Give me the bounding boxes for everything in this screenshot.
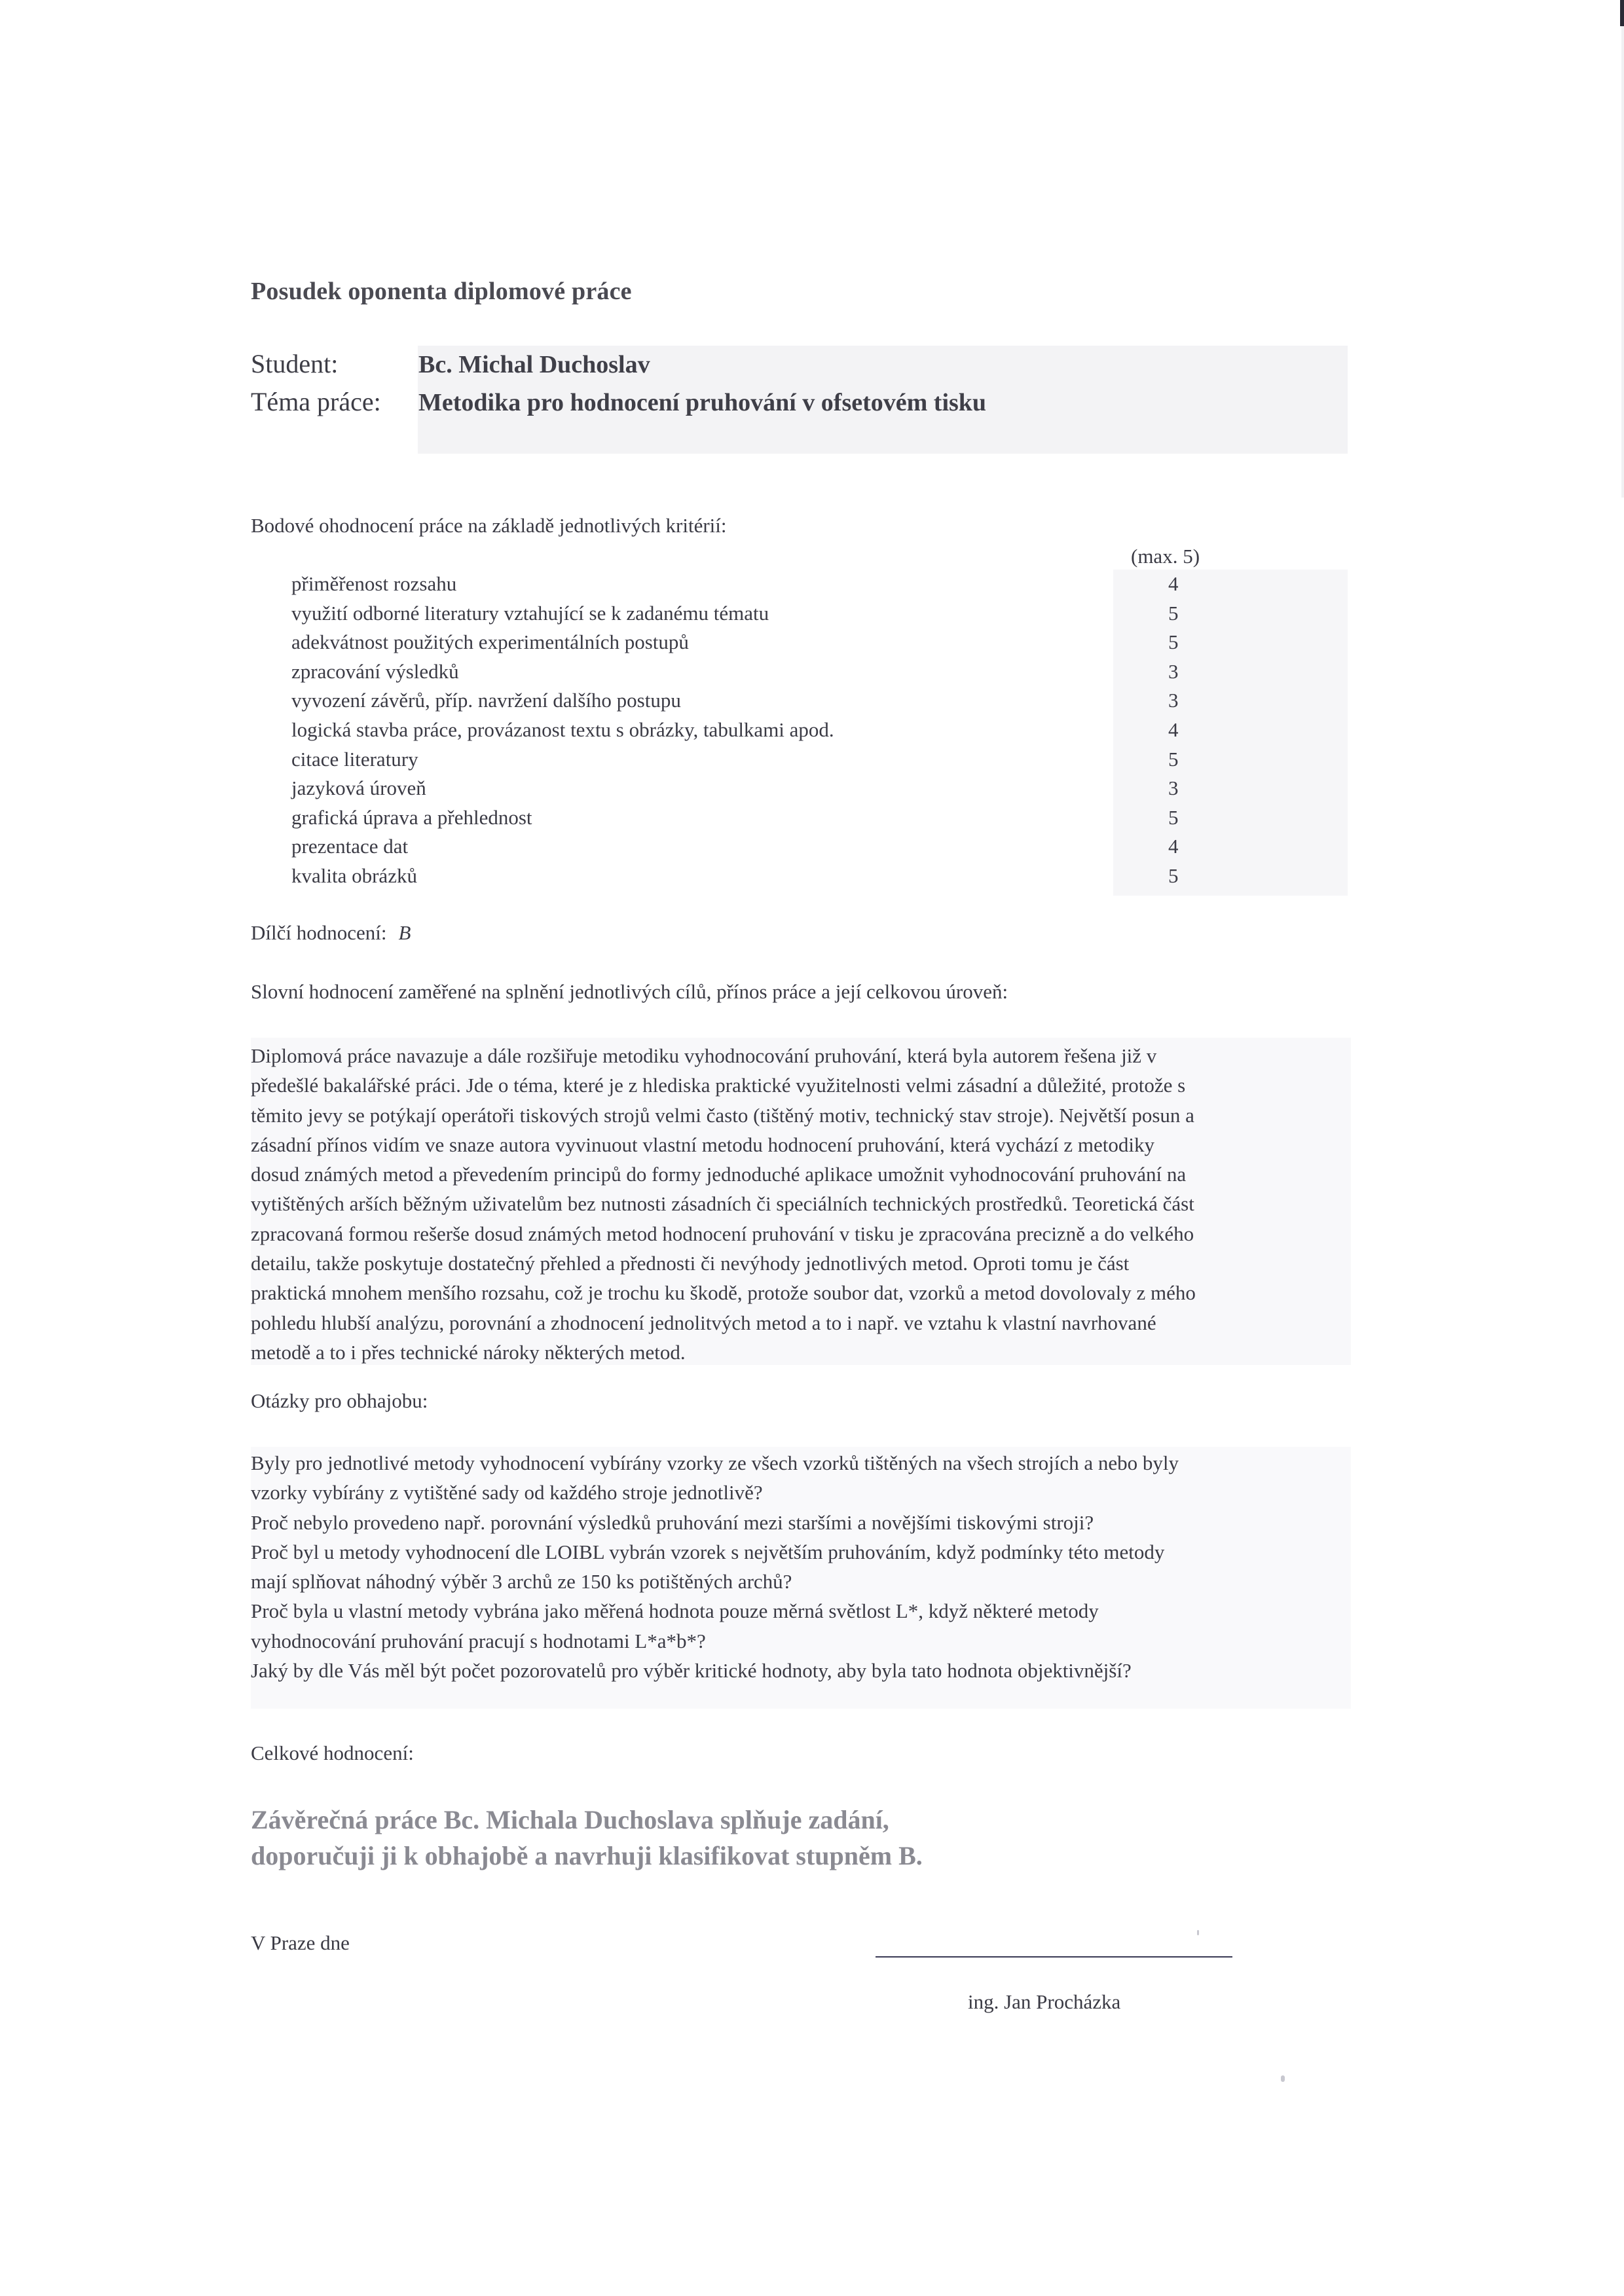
overall-evaluation-text: Závěrečná práce Bc. Michala Duchoslava s… [251, 1802, 923, 1874]
overall-label: Celkové hodnocení: [251, 1741, 414, 1765]
partial-grade: B [398, 921, 411, 944]
question-line: Jaký by dle Vás měl být počet pozorovate… [251, 1656, 1351, 1685]
criterion-score: 4 [1168, 835, 1179, 858]
criterion-row: využití odborné literatury vztahující se… [291, 602, 1208, 631]
text-line: Diplomová práce navazuje a dále rozšiřuj… [251, 1041, 1351, 1070]
question-line: mají splňovat náhodný výběr 3 archů ze 1… [251, 1567, 1351, 1596]
question-line: Proč byla u vlastní metody vybrána jako … [251, 1596, 1351, 1626]
question-line: vzorky vybírány z vytištěné sady od každ… [251, 1478, 1351, 1507]
criterion-score: 4 [1168, 572, 1179, 596]
scan-edge [1621, 0, 1624, 498]
place-date: V Praze dne [251, 1931, 350, 1955]
criterion-score: 5 [1168, 806, 1179, 829]
criterion-row: citace literatury5 [291, 748, 1208, 777]
criterion-row: prezentace dat4 [291, 835, 1208, 864]
criterion-label: grafická úprava a přehlednost [291, 806, 532, 829]
criterion-row: grafická úprava a přehlednost5 [291, 806, 1208, 835]
criterion-score: 3 [1168, 689, 1179, 712]
student-label: Student: [251, 348, 418, 379]
scan-artifact [1620, 0, 1624, 26]
verbal-evaluation-text: Diplomová práce navazuje a dále rozšiřuj… [251, 1041, 1351, 1367]
criterion-label: vyvození závěrů, příp. navržení dalšího … [291, 689, 681, 712]
student-name: Bc. Michal Duchoslav [418, 351, 650, 378]
text-line: metodě a to i přes technické nároky někt… [251, 1338, 1351, 1367]
criterion-row: jazyková úroveň3 [291, 776, 1208, 806]
review-page: Posudek oponenta diplomové práce Student… [0, 0, 1624, 2296]
criterion-row: zpracování výsledků3 [291, 660, 1208, 689]
criteria-max-label: (max. 5) [1131, 545, 1200, 568]
criterion-row: přiměřenost rozsahu4 [291, 572, 1208, 602]
partial-label: Dílčí hodnocení: [251, 921, 386, 944]
criteria-list: přiměřenost rozsahu4využití odborné lite… [291, 572, 1208, 894]
topic-row: Téma práce:Metodika pro hodnocení pruhov… [251, 386, 986, 417]
criterion-label: citace literatury [291, 748, 418, 771]
partial-evaluation: Dílčí hodnocení:B [251, 921, 411, 945]
criterion-label: adekvátnost použitých experimentálních p… [291, 630, 689, 653]
question-line: Proč byl u metody vyhodnocení dle LOIBL … [251, 1537, 1351, 1567]
text-line: pohledu hlubší analýzu, porovnání a zhod… [251, 1308, 1351, 1338]
criterion-row: kvalita obrázků5 [291, 864, 1208, 894]
student-row: Student:Bc. Michal Duchoslav [251, 348, 650, 379]
question-line: Proč nebylo provedeno např. porovnání vý… [251, 1508, 1351, 1537]
text-line: těmito jevy se potýkají operátoři tiskov… [251, 1101, 1351, 1130]
topic-value: Metodika pro hodnocení pruhování v ofset… [418, 389, 986, 416]
criteria-intro: Bodové ohodnocení práce na základě jedno… [251, 514, 727, 538]
conclusion-line: doporučuji ji k obhajobě a navrhuji klas… [251, 1838, 923, 1874]
criterion-score: 3 [1168, 660, 1179, 683]
criterion-label: jazyková úroveň [291, 776, 426, 799]
criterion-score: 5 [1168, 630, 1179, 654]
criterion-score: 4 [1168, 718, 1179, 742]
criterion-label: kvalita obrázků [291, 864, 417, 887]
text-line: zpracovaná formou rešerše dosud známých … [251, 1219, 1351, 1248]
text-line: zásadní přínos vidím ve snaze autora vyv… [251, 1130, 1351, 1159]
text-line: vytištěných arších běžným uživatelům bez… [251, 1189, 1351, 1218]
criterion-label: využití odborné literatury vztahující se… [291, 602, 769, 625]
criterion-score: 5 [1168, 864, 1179, 888]
criterion-score: 5 [1168, 748, 1179, 771]
text-line: dosud známých metod a převedením princip… [251, 1159, 1351, 1189]
criterion-row: vyvození závěrů, příp. navržení dalšího … [291, 689, 1208, 718]
signer-name: ing. Jan Procházka [968, 1990, 1120, 2014]
questions-label: Otázky pro obhajobu: [251, 1389, 428, 1413]
criterion-row: logická stavba práce, provázanost textu … [291, 718, 1208, 748]
topic-label: Téma práce: [251, 386, 418, 417]
text-line: předešlé bakalářské práci. Jde o téma, k… [251, 1070, 1351, 1100]
text-line: praktická mnohem menšího rozsahu, což je… [251, 1278, 1351, 1307]
signature-line [876, 1956, 1232, 1958]
question-line: Byly pro jednotlivé metody vyhodnocení v… [251, 1448, 1351, 1478]
question-line: vyhodnocování pruhování pracují s hodnot… [251, 1626, 1351, 1656]
criterion-label: prezentace dat [291, 835, 408, 858]
scan-speck [1281, 2075, 1285, 2082]
scan-speck [1197, 1930, 1199, 1935]
defense-questions: Byly pro jednotlivé metody vyhodnocení v… [251, 1448, 1351, 1685]
document-title: Posudek oponenta diplomové práce [251, 277, 632, 306]
verbal-intro: Slovní hodnocení zaměřené na splnění jed… [251, 980, 1008, 1004]
criterion-label: zpracování výsledků [291, 660, 459, 683]
conclusion-line: Závěrečná práce Bc. Michala Duchoslava s… [251, 1802, 923, 1838]
criterion-score: 5 [1168, 602, 1179, 625]
text-line: detailu, takže poskytuje dostatečný přeh… [251, 1248, 1351, 1278]
criterion-label: logická stavba práce, provázanost textu … [291, 718, 834, 741]
criterion-row: adekvátnost použitých experimentálních p… [291, 630, 1208, 660]
criterion-label: přiměřenost rozsahu [291, 572, 456, 595]
criterion-score: 3 [1168, 776, 1179, 800]
